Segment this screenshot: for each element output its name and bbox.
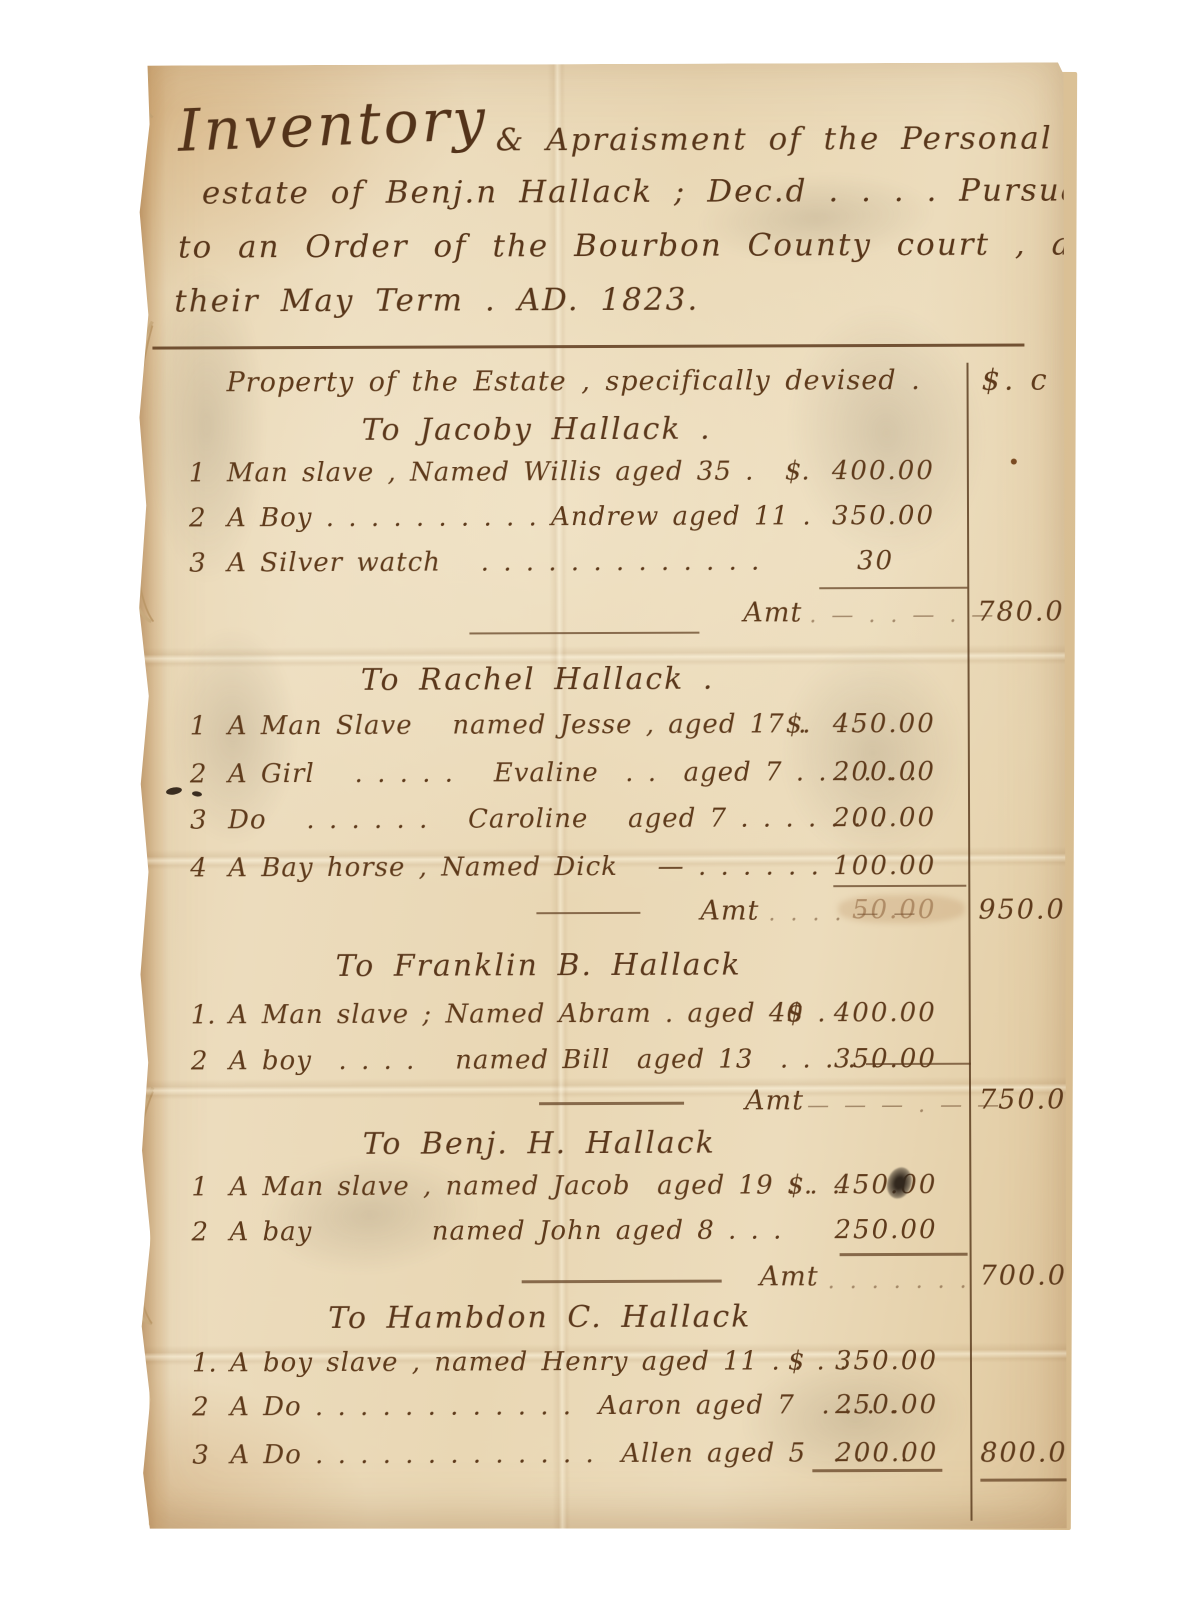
- table-header-left: Property of the Estate , specifically de…: [226, 365, 920, 398]
- document-page: Inventory & Apraisment of the Personal e…: [135, 62, 1068, 1531]
- amount-row: Amt . — . . — . — 780.00: [137, 596, 1065, 635]
- dollar-sign: $: [788, 1346, 805, 1376]
- title-line-4: their May Term . AD. 1823.: [174, 282, 699, 320]
- table-row: 1 A Man slave , named Jacob aged 19 . . …: [139, 1169, 1067, 1212]
- item-amount: 250.00: [807, 1215, 937, 1245]
- item-amount: 200.00: [806, 803, 936, 833]
- item-description: A Do . . . . . . . . . . . . Aaron aged …: [230, 1390, 898, 1422]
- table-row: 1 A Man Slave named Jesse , aged 17 . $.…: [138, 708, 1066, 751]
- item-amount: 450.00: [806, 709, 936, 739]
- table-row: 3 Do . . . . . . Caroline aged 7 . . . .…: [138, 802, 1066, 845]
- table-row: 2 A Do . . . . . . . . . . . . Aaron age…: [140, 1389, 1068, 1432]
- amt-leader: . . . . . . .: [828, 1269, 971, 1294]
- table-row: 1. A boy slave , named Henry aged 11 . .…: [140, 1345, 1068, 1388]
- table-row: 1 Man slave , Named Willis aged 35 . $. …: [137, 455, 1065, 498]
- section-heading: To Hambdon C. Hallack: [300, 1299, 780, 1336]
- item-description: A Silver watch . . . . . . . . . . . . .: [227, 546, 760, 578]
- item-description: Do . . . . . . Caroline aged 7 . . . . .…: [228, 803, 885, 835]
- table-row: 2 A Girl . . . . . Evaline . . aged 7 . …: [138, 756, 1066, 799]
- item-amount: 350.00: [805, 501, 935, 531]
- document-title-rest: & Apraisment of the Personal: [496, 120, 1053, 158]
- table-row: 1. A Man slave ; Named Abram . aged 40 .…: [139, 997, 1067, 1040]
- amt-label: Amt: [700, 895, 759, 926]
- amt-label: Amt: [760, 1261, 819, 1292]
- item-number: 3: [192, 1440, 209, 1470]
- table-header-right: $. c: [981, 362, 1050, 396]
- item-number: 3: [189, 548, 206, 578]
- item-number: 4: [190, 853, 207, 883]
- item-amount: 100.00: [806, 851, 936, 881]
- item-amount: 200.00: [806, 757, 936, 787]
- item-description: A boy . . . . named Bill aged 13 . . . .…: [229, 1044, 880, 1076]
- table-row: 2 A Boy . . . . . . . . . . Andrew aged …: [137, 500, 1065, 543]
- item-description: A bay named John aged 8 . . .: [229, 1215, 782, 1247]
- sum-line: [840, 1253, 968, 1256]
- grand-total: 800.00: [980, 1437, 1090, 1468]
- section-divider: [469, 632, 699, 635]
- section-heading: To Rachel Hallack .: [298, 661, 778, 698]
- item-description: Man slave , Named Willis aged 35 .: [227, 456, 755, 488]
- item-amount: 30: [805, 546, 935, 576]
- table-row: 2 A boy . . . . named Bill aged 13 . . .…: [139, 1043, 1067, 1086]
- amt-leader: — — — . — —: [807, 1093, 1003, 1119]
- item-amount: 450.00: [807, 1170, 937, 1200]
- item-description: A Bay horse , Named Dick — . . . . . .: [228, 851, 820, 883]
- item-amount: 350.00: [807, 1044, 937, 1074]
- header-divider-rule: [152, 344, 1024, 350]
- item-number: 2: [191, 1046, 208, 1076]
- amount-row: Amt . . . . — — 50.00 950.00: [138, 894, 1066, 933]
- sum-line: [819, 587, 967, 590]
- item-description: A Man Slave named Jesse , aged 17 .: [228, 709, 808, 741]
- item-number: 1.: [192, 1348, 217, 1378]
- table-row: 3 A Silver watch . . . . . . . . . . . .…: [137, 545, 1065, 588]
- item-description: A Man slave , named Jacob aged 19 . . .: [229, 1170, 841, 1202]
- item-amount: 400.00: [807, 998, 937, 1028]
- title-line-2: estate of Benj.n Hallack ; Dec.d . . . .…: [202, 172, 1118, 211]
- amt-leader: . — . . — . —: [809, 603, 997, 629]
- amt-label: Amt: [745, 1085, 804, 1116]
- item-number: 1: [189, 458, 206, 488]
- item-number: 1: [190, 711, 207, 741]
- document-title-word: Inventory: [176, 85, 489, 165]
- item-amount: 350.00: [808, 1346, 938, 1376]
- item-number: 2: [189, 503, 206, 533]
- item-number: 1.: [191, 1000, 216, 1030]
- item-description: A Man slave ; Named Abram . aged 40 .: [229, 998, 827, 1030]
- section-total: 700.00: [980, 1260, 1090, 1291]
- amount-row: Amt . . . . . . . 700.00: [140, 1260, 1068, 1299]
- table-row: 3 A Do . . . . . . . . . . . . . Allen a…: [140, 1437, 1068, 1480]
- section-heading: To Benj. H. Hallack: [299, 1125, 779, 1162]
- item-amount: 400.00: [805, 456, 935, 486]
- dollar-sign: $: [787, 998, 804, 1028]
- section-heading: To Franklin B. Hallack: [299, 947, 779, 984]
- item-number: 2: [192, 1392, 209, 1422]
- item-description: A Boy . . . . . . . . . . Andrew aged 11…: [227, 501, 812, 533]
- sum-line: [866, 1063, 971, 1065]
- title-line-3: to an Order of the Bourbon County court …: [178, 226, 1087, 265]
- sum-line: [812, 1469, 942, 1472]
- item-number: 2: [190, 759, 207, 789]
- amount-row: Amt — — — . — — 750.00: [139, 1084, 1067, 1123]
- erased-amount: 50.00: [806, 895, 936, 925]
- item-number: 3: [190, 805, 207, 835]
- amt-label: Amt: [743, 597, 802, 628]
- photo-background: Inventory & Apraisment of the Personal e…: [0, 0, 1200, 1600]
- table-row: 4 A Bay horse , Named Dick — . . . . . .…: [138, 850, 1066, 893]
- item-description: A boy slave , named Henry aged 11 . . . …: [230, 1346, 848, 1378]
- item-number: 2: [191, 1217, 208, 1247]
- section-heading: To Jacoby Hallack .: [297, 411, 777, 448]
- item-amount: 200.00: [808, 1438, 938, 1468]
- item-amount: 250.00: [808, 1390, 938, 1420]
- item-number: 1: [191, 1172, 208, 1202]
- table-row: 2 A bay named John aged 8 . . . 250.00: [139, 1214, 1067, 1257]
